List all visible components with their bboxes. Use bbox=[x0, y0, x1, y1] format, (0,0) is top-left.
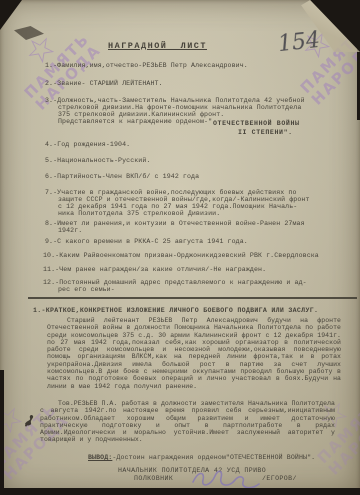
field-birth-year: 4.-Год рождения-1904. bbox=[45, 141, 130, 148]
field-rkka-since: 9.-С какого времени в РККА-С 25 августа … bbox=[45, 238, 248, 245]
field-prior-awards: 11.-Чем ранее награжден/за какие отличия… bbox=[43, 266, 266, 273]
paper-sheet: ☆ ПАМЯТЬ НАРОДА ☆ ПАМЯТЬ НАРОДА ☆ ПАМЯТЬ… bbox=[0, 0, 360, 495]
conclusion-label: ВЫВОД: bbox=[88, 454, 112, 461]
award-degree: II СТЕПЕНИ". bbox=[238, 129, 293, 136]
document-title: НАГРАДНОЙ ЛИСТ bbox=[108, 43, 207, 50]
field-nationality: 5.-Национальность-Русский. bbox=[45, 157, 150, 164]
conclusion-line: ВЫВОД:-Достоин награждения орденом"ОТЕЧЕ… bbox=[88, 454, 315, 461]
award-name: ОТЕЧЕСТВЕННОЙ ВОЙНЫ bbox=[213, 120, 300, 127]
ink-blot bbox=[22, 412, 36, 428]
scan-edge-left bbox=[0, 370, 4, 495]
field-wounds: 8.-Имеет ли ранения,и контузии в Отечест… bbox=[45, 220, 305, 227]
section-heading: 1.-КРАТКОЕ,КОНКРЕТНОЕ ИЗЛОЖЕНИЕ ЛИЧНОГО … bbox=[33, 307, 318, 314]
field-party: 6.-Партийность-Член ВКП/б/ с 1942 года bbox=[45, 173, 199, 180]
signature-rank: ПОЛКОВНИК bbox=[134, 475, 173, 482]
handwritten-page-number: 154 bbox=[277, 28, 321, 57]
conclusion-text: -Достоин награждения орденом"ОТЕЧЕСТВЕНН… bbox=[112, 454, 315, 461]
scan-edge-bottom bbox=[0, 488, 360, 495]
field-name: 1.-Фамилия,имя,отчество-РЕЗЬЕВ Петр Алек… bbox=[45, 62, 248, 69]
field-rank: 2.-Звание- СТАРШИЙ ЛЕЙТЕНАНТ. bbox=[45, 80, 163, 87]
scanned-award-document: { "document": { "page_number": "154", "t… bbox=[0, 0, 360, 495]
field-wounds: 1942г. bbox=[58, 227, 82, 234]
field-war-participation: ника Политотдела 375 стрелковой Дивизии. bbox=[58, 210, 220, 217]
typed-text-layer: НАГРАДНОЙ ЛИСТ 1.-Фамилия,имя,отчество-Р… bbox=[0, 0, 360, 495]
merit-paragraph-1: Старший лейтенант РЕЗЬЕВ Петр Александро… bbox=[47, 317, 341, 390]
field-home-address: рес его семьи- bbox=[58, 286, 115, 293]
section-divider bbox=[28, 297, 357, 299]
field-award-intro: Представляется к награждению орденом-" bbox=[58, 118, 212, 125]
field-drafted-by: 10.-Каким Райвоенкоматом призван-Орджони… bbox=[43, 252, 319, 259]
merit-paragraph-2: Тов.РЕЗЬЕВ П.А. работая в должности заме… bbox=[40, 400, 335, 444]
